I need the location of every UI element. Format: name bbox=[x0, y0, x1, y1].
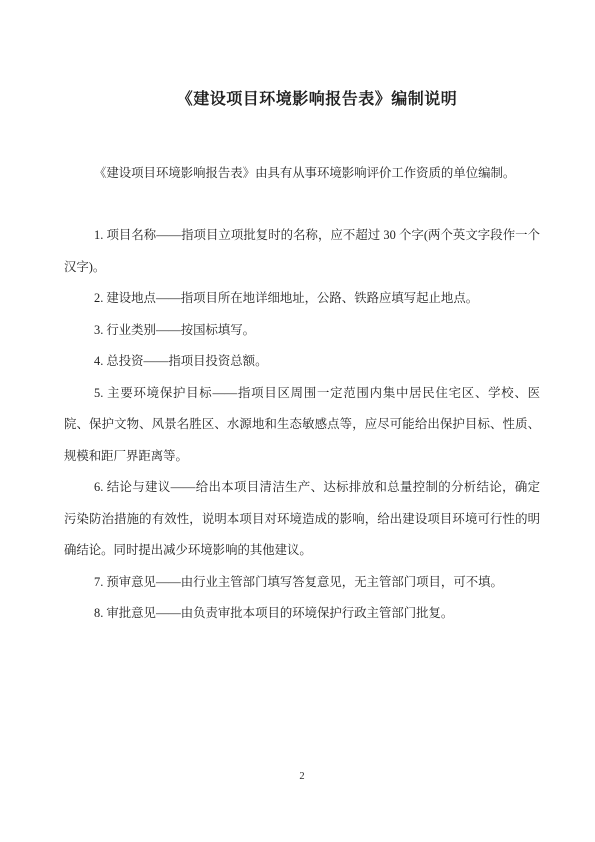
instruction-item-5: 5. 主要环境保护目标——指项目区周围一定范围内集中居民住宅区、学校、医院、保护… bbox=[64, 378, 540, 473]
instruction-item-3: 3. 行业类别——按国标填写。 bbox=[64, 315, 540, 347]
instruction-list: 1. 项目名称——指项目立项批复时的名称，应不超过 30 个字(两个英文字段作一… bbox=[64, 220, 540, 630]
intro-paragraph: 《建设项目环境影响报告表》由具有从事环境影响评价工作资质的单位编制。 bbox=[64, 158, 540, 189]
instruction-item-2: 2. 建设地点——指项目所在地详细地址，公路、铁路应填写起止地点。 bbox=[64, 283, 540, 315]
page-number: 2 bbox=[64, 771, 540, 782]
instruction-item-7: 7. 预审意见——由行业主管部门填写答复意见，无主管部门项目，可不填。 bbox=[64, 567, 540, 599]
instruction-item-1: 1. 项目名称——指项目立项批复时的名称，应不超过 30 个字(两个英文字段作一… bbox=[64, 220, 540, 283]
instruction-item-8: 8. 审批意见——由负责审批本项目的环境保护行政主管部门批复。 bbox=[64, 598, 540, 630]
instruction-item-6: 6. 结论与建议——给出本项目清洁生产、达标排放和总量控制的分析结论，确定污染防… bbox=[64, 472, 540, 567]
document-title: 《建设项目环境影响报告表》编制说明 bbox=[64, 86, 540, 109]
document-page: 《建设项目环境影响报告表》编制说明 《建设项目环境影响报告表》由具有从事环境影响… bbox=[0, 0, 595, 842]
instruction-item-4: 4. 总投资——指项目投资总额。 bbox=[64, 346, 540, 378]
